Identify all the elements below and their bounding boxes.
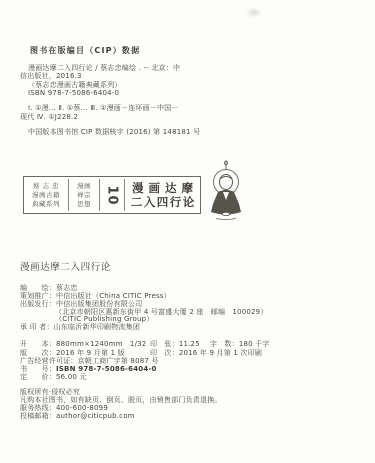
banner-category-line: 禅宗 xyxy=(77,191,91,200)
banner-category: 漫画 禅宗 思想 xyxy=(69,177,99,213)
spec-label: 书 号： xyxy=(20,365,56,373)
banner-series-name: 蔡 志 忠 漫画古籍 典藏系列 xyxy=(24,177,68,213)
price-value: 56.00 元 xyxy=(56,373,87,381)
banner-series-line: 蔡 志 忠 xyxy=(33,182,59,191)
spec-label: 开 本： xyxy=(20,340,56,348)
cip-line: 现代 Ⅳ. ①J228.2 xyxy=(20,113,78,121)
spec-sheets: 印 张：11.25 xyxy=(150,340,200,348)
spec-format: 开 本：880mm×1240mm 1/32 xyxy=(20,340,146,348)
cip-record-number: 中国版本图书馆 CIP 数据核字 (2016) 第 148181 号 xyxy=(28,128,200,136)
spec-impression: 印 次：2016 年 9 月第 1 次印刷 xyxy=(150,349,262,357)
banner-volume-number: 10 xyxy=(100,177,124,213)
row-value: 山东临沂新华印刷物流集团 xyxy=(54,323,140,331)
banner-category-line: 漫画 xyxy=(77,182,91,191)
spec-label: 印 次： xyxy=(150,349,179,357)
cip-line: （蔡志忠漫画古籍典藏系列） xyxy=(28,81,122,89)
cip-line: Ⅰ. ①漫… Ⅱ. ①蔡… Ⅲ. ①漫画－连环画－中国－ xyxy=(28,104,179,112)
spec-wordcount: 字 数：180 千字 xyxy=(210,340,270,348)
row-label: 出版发行： xyxy=(20,300,56,308)
spec-ad-license: 广告经营许可证：京朝工商广字第 8087 号 xyxy=(20,357,159,365)
row-label: 承 印 者： xyxy=(20,323,54,331)
publication-row-publisher: 出版发行：中信出版集团股份有限公司 xyxy=(20,300,142,308)
banner-title-line1: 漫画达摩 xyxy=(125,181,200,195)
submission-email: 投稿邮箱：author@citicpub.com xyxy=(20,412,135,420)
book-copyright-page: 图书在版编目（CIP）数据 漫画达摩二入四行论 / 蔡志忠编绘 . -- 北京：… xyxy=(0,0,375,463)
cip-line: ISBN 978-7-5086-6404-0 xyxy=(28,89,119,97)
book-title: 漫画达摩二入四行论 xyxy=(20,259,111,273)
banner-category-line: 思想 xyxy=(77,200,91,209)
banner-series-line: 典藏系列 xyxy=(32,200,60,209)
spec-label: 定 价： xyxy=(20,373,56,381)
copyright-notice: 版权所有·侵权必究 xyxy=(20,388,80,396)
row-value: 蔡志忠 xyxy=(56,284,78,292)
volume-number-text: 10 xyxy=(105,185,120,205)
spec-value: 11.25 xyxy=(179,340,200,348)
banner-series-line: 漫画古籍 xyxy=(32,191,60,200)
spec-value: 880mm×1240mm 1/32 xyxy=(56,340,146,348)
bodhidharma-figure-icon xyxy=(205,158,247,222)
row-value: （CITIC Publishing Group） xyxy=(55,315,154,323)
return-policy-notice: 凡购本社图书，如有缺页、倒页、脱页，由销售部门负责退换。 xyxy=(20,396,222,404)
cip-line: 漫画达摩二入四行论 / 蔡志忠编绘 . -- 北京：中 xyxy=(28,64,180,72)
isbn-value: ISBN 978-7-5086-6404-0 xyxy=(56,365,157,373)
spec-label: 广告经营许可证： xyxy=(20,357,78,365)
publication-row-group: （CITIC Publishing Group） xyxy=(55,315,154,323)
spec-label: 版 次： xyxy=(20,349,56,357)
spec-value: 2016 年 9 月第 1 版 xyxy=(56,349,125,357)
cip-line: 信出版社，2016.3 xyxy=(20,72,82,80)
scan-smudge-artifact xyxy=(246,8,262,17)
spec-value: 2016 年 9 月第 1 次印刷 xyxy=(179,349,262,357)
banner-book-title: 漫画达摩 二入四行论 xyxy=(125,177,200,213)
spec-value: 京朝工商广字第 8087 号 xyxy=(78,357,159,365)
spec-label: 字 数： xyxy=(210,340,239,348)
spec-isbn: 书 号：ISBN 978-7-5086-6404-0 xyxy=(20,365,157,373)
spec-label: 印 张： xyxy=(150,340,179,348)
spec-edition: 版 次：2016 年 9 月第 1 版 xyxy=(20,349,125,357)
row-label: 编 绘： xyxy=(20,284,56,292)
service-hotline: 服务热线：400-600-8099 xyxy=(20,404,108,412)
publication-row-editor: 编 绘：蔡志忠 xyxy=(20,284,78,292)
banner-title-line2: 二入四行论 xyxy=(125,195,200,209)
series-banner: 蔡 志 忠 漫画古籍 典藏系列 漫画 禅宗 思想 10 漫画达摩 二入四行论 xyxy=(23,176,201,214)
publication-row-printer: 承 印 者：山东临沂新华印刷物流集团 xyxy=(20,323,140,331)
spec-value: 180 千字 xyxy=(239,340,270,348)
spec-price: 定 价：56.00 元 xyxy=(20,373,87,381)
row-value: 中信出版集团股份有限公司 xyxy=(56,300,142,308)
cip-heading: 图书在版编目（CIP）数据 xyxy=(30,45,140,56)
